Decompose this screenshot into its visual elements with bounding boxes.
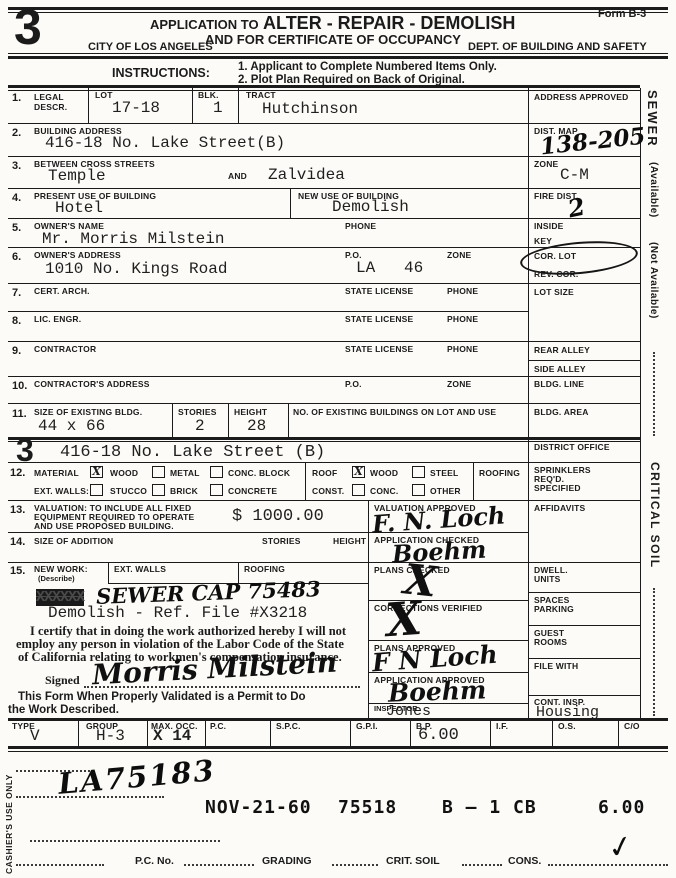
dept-label: DEPT. OF BUILDING AND SAFETY [468,41,647,53]
height-label: HEIGHT [234,407,267,417]
wood-checkbox: X [90,466,103,478]
row5-number: 5. [12,222,21,234]
size-existing-value: 44 x 66 [38,417,105,435]
divider [78,718,79,746]
metal-label: METAL [170,468,200,478]
divider [288,403,289,438]
valuation-value: $ 1000.00 [232,507,324,526]
brick-checkbox [152,484,165,496]
po-city-value: LA [356,259,375,277]
stamp-code: B — 1 CB [442,797,537,818]
col-group-value: H-3 [96,727,125,745]
divider [350,718,351,746]
stamp-amount: 6.00 [598,797,645,818]
divider [290,188,291,218]
col-pc-label: P.C. [210,721,226,731]
divider [368,500,369,718]
pc-no-label: P.C. No. [135,855,174,867]
and-label: AND [228,171,247,181]
sewer-strip-dotted-line [653,352,655,436]
cert-arch-phone-label: PHONE [447,286,478,296]
divider [8,283,640,284]
divider [528,625,640,626]
lic-engr-label: LIC. ENGR. [34,314,81,324]
lot-value: 17-18 [112,99,160,117]
divider [490,718,491,746]
divider [528,658,640,659]
divider [618,718,619,746]
addition-stories-label: STORIES [262,536,301,546]
blk-value: 1 [213,99,223,117]
tract-value: Hutchinson [262,100,358,118]
divider [8,462,640,463]
contractor-address-label: CONTRACTOR'S ADDRESS [34,379,150,389]
divider [8,53,668,54]
present-use-value: Hotel [55,199,103,217]
dotted-line [548,864,668,866]
cert-arch-license-label: STATE LICENSE [345,286,413,296]
divider [8,56,668,59]
divider [228,403,229,438]
sewer-strip-not-available: (Not Available) [648,242,659,319]
lot-label: LOT [95,90,113,100]
side-alley-label: SIDE ALLEY [534,364,586,374]
divider [8,123,640,124]
divider [8,403,640,404]
new-work-sublabel: (Describe) [38,574,75,583]
other-checkbox [412,484,425,496]
form-title: APPLICATION TO ALTER - REPAIR - DEMOLISH [150,13,515,34]
size-addition-label: SIZE OF ADDITION [34,536,113,546]
col-os-label: O.S. [558,721,576,731]
dotted-line [16,796,164,798]
divider [8,7,668,10]
row12-number: 12. [10,467,25,479]
col-if-label: I.F. [496,721,508,731]
stories-value: 2 [195,417,205,435]
form-title-prefix: APPLICATION TO [150,17,259,32]
divider [238,88,239,123]
row7-number: 7. [12,287,21,299]
lot-size-label: LOT SIZE [534,287,574,297]
critical-soil-strip: CRITICAL SOIL [648,462,662,569]
divider [8,218,640,219]
roof-label: ROOF [312,468,337,478]
cashiers-use-only-label: CASHIER'S USE ONLY [4,756,14,874]
lic-engr-license-label: STATE LICENSE [345,314,413,324]
wood-label: WOOD [110,468,138,478]
row2-number: 2. [12,127,21,139]
key-label: KEY [534,236,552,246]
divider [8,85,640,88]
row15-number: 15. [10,565,25,577]
instructions-label: INSTRUCTIONS: [112,66,210,80]
divider [410,718,411,746]
roof-wood-checkbox: X [352,466,365,478]
new-work-label: NEW WORK: [34,564,88,574]
concrete-label: CONCRETE [228,486,277,496]
steel-label: STEEL [430,468,458,478]
row8-number: 8. [12,315,21,327]
owner-address-value: 1010 No. Kings Road [45,260,227,278]
permit-form-scan: 3 APPLICATION TO ALTER - REPAIR - DEMOLI… [0,0,676,878]
sewer-strip-title: SEWER [645,90,660,148]
divider [368,672,528,673]
owner-address-label: OWNER'S ADDRESS [34,250,121,260]
form-subtitle: AND FOR CERTIFICATE OF OCCUPANCY [205,32,461,47]
owner-name-value: Mr. Morris Milstein [42,230,224,248]
contractor-zone-label: ZONE [447,379,471,389]
form-page-number: 3 [14,2,42,52]
const-label: CONST. [312,486,344,496]
divider [8,746,668,749]
roof-wood-label: WOOD [370,468,398,478]
row9-number: 9. [12,345,21,357]
other-label: OTHER [430,486,461,496]
size-existing-label: SIZE OF EXISTING BLDG. [34,407,142,417]
divider [305,462,306,500]
cert-arch-label: CERT. ARCH. [34,286,90,296]
divider [8,311,528,312]
guest-rooms-label-2: ROOMS [534,637,567,647]
conc-block-checkbox [210,466,223,478]
bldg-area-label: BLDG. AREA [534,407,589,417]
corrections-verified-x-mark: X [384,591,423,647]
col-max-occ-value: X 14 [153,727,191,745]
divider [528,360,640,361]
conc-block-label: CONC. BLOCK [228,468,290,478]
brick-label: BRICK [170,486,198,496]
divider [8,376,640,377]
address-approved-label: ADDRESS APPROVED [534,92,629,102]
dotted-line [332,864,378,866]
divider [8,562,640,563]
legal-descr-label-2: DESCR. [34,102,67,112]
form-code: Form B-3 [598,8,646,20]
form-title-main: ALTER - REPAIR - DEMOLISH [263,13,515,33]
row11-number: 11. [12,408,27,420]
file-with-label: FILE WITH [534,661,578,671]
col-spc-label: S.P.C. [276,721,301,731]
divider [552,718,553,746]
divider [172,403,173,438]
divider [192,88,193,123]
dotted-line [184,864,254,866]
row1-number: 1. [12,92,21,104]
contractor-label: CONTRACTOR [34,344,96,354]
stamp-number: 75518 [338,797,397,818]
ext-walls-label: EXT. WALLS: [34,486,89,496]
cons-label: CONS. [508,855,541,867]
divider [270,718,271,746]
conc-checkbox [352,484,365,496]
demolish-ref-note: Demolish - Ref. File #X3218 [48,604,307,622]
affidavits-label: AFFIDAVITS [534,503,585,513]
divider [8,341,640,342]
crit-soil-label: CRIT. SOIL [386,855,440,867]
steel-checkbox [412,466,425,478]
city-label: CITY OF LOS ANGELES [88,41,213,53]
critical-soil-dotted-line [653,588,655,716]
metal-checkbox [152,466,165,478]
stucco-label: STUCCO [110,486,147,496]
inside-label: INSIDE [534,221,564,231]
col-co-label: C/O [624,721,640,731]
dotted-line [30,840,220,842]
side-zone-value: C-M [560,166,589,184]
instruction-item-1: 1. Applicant to Complete Numbered Items … [238,61,497,73]
spaces-parking-label-2: PARKING [534,604,574,614]
building-address-value: 416-18 No. Lake Street(B) [45,134,285,152]
divider [205,718,206,746]
concrete-checkbox [210,484,223,496]
divider [368,640,528,641]
dotted-line [462,864,502,866]
sprinklers-label-3: SPECIFIED [534,483,581,493]
stamp-date: NOV-21-60 [205,797,312,818]
po-zone-value: 46 [404,259,423,277]
rear-alley-label: REAR ALLEY [534,345,590,355]
district-office-label: DISTRICT OFFICE [534,442,610,452]
col-gpi-label: G.P.I. [356,721,378,731]
row4-number: 4. [12,192,21,204]
contractor-phone-label: PHONE [447,344,478,354]
row6-number: 6. [12,251,21,263]
divider [108,562,109,583]
cross-street-2: Zalvidea [268,166,345,184]
divider [8,500,640,501]
grading-label: GRADING [262,855,312,867]
rev-cor-label: REV. COR. [534,269,578,279]
conc-label: CONC. [370,486,398,496]
divider [528,592,640,593]
col-bp-value: 6.00 [418,726,459,745]
divider [8,437,640,440]
divider [528,88,529,718]
new-work-roofing-label: ROOFING [244,564,285,574]
divider [88,88,89,123]
divider [8,751,668,752]
zone-label: ZONE [447,250,471,260]
row14-number: 14. [10,536,25,548]
new-use-value: Demolish [332,198,409,216]
existing-buildings-label: NO. OF EXISTING BUILDINGS ON LOT AND USE [293,407,496,417]
stories-label: STORIES [178,407,217,417]
validation-line-1: This Form When Properly Validated is a P… [18,691,306,703]
divider [473,462,474,500]
divider [528,695,640,696]
height-value: 28 [247,417,266,435]
material-label: MATERIAL [34,468,79,478]
side-zone-label: ZONE [534,159,558,169]
validation-line-2: the Work Described. [8,704,119,716]
contractor-po-label: P.O. [345,379,362,389]
la-number-handwriting: LA75183 [57,753,217,801]
row10-number: 10. [12,380,27,392]
divider [640,88,641,718]
col-type-value: V [30,727,40,745]
dwell-units-label-2: UNITS [534,574,561,584]
cross-street-1: Temple [48,167,106,185]
sewer-strip-available: (Available) [648,162,659,218]
signed-label: Signed [45,673,80,688]
tract-label: TRACT [246,90,276,100]
divider [8,188,640,189]
dotted-line [16,864,104,866]
divider [147,718,148,746]
row13-number: 13. [10,504,25,516]
new-work-ext-walls-label: EXT. WALLS [114,564,166,574]
roofing-col-label: ROOFING [479,468,520,478]
contractor-license-label: STATE LICENSE [345,344,413,354]
legal-descr-label-1: LEGAL [34,92,64,102]
band-address: 416-18 No. Lake Street (B) [60,443,325,462]
stucco-checkbox [90,484,103,496]
cons-check-mark: ✓ [605,828,637,867]
addition-height-label: HEIGHT [333,536,366,546]
owner-phone-label: PHONE [345,221,376,231]
lic-engr-phone-label: PHONE [447,314,478,324]
valuation-label-3: AND USE PROPOSED BUILDING. [34,521,174,531]
row3-number: 3. [12,160,21,172]
bldg-line-label: BLDG. LINE [534,379,584,389]
